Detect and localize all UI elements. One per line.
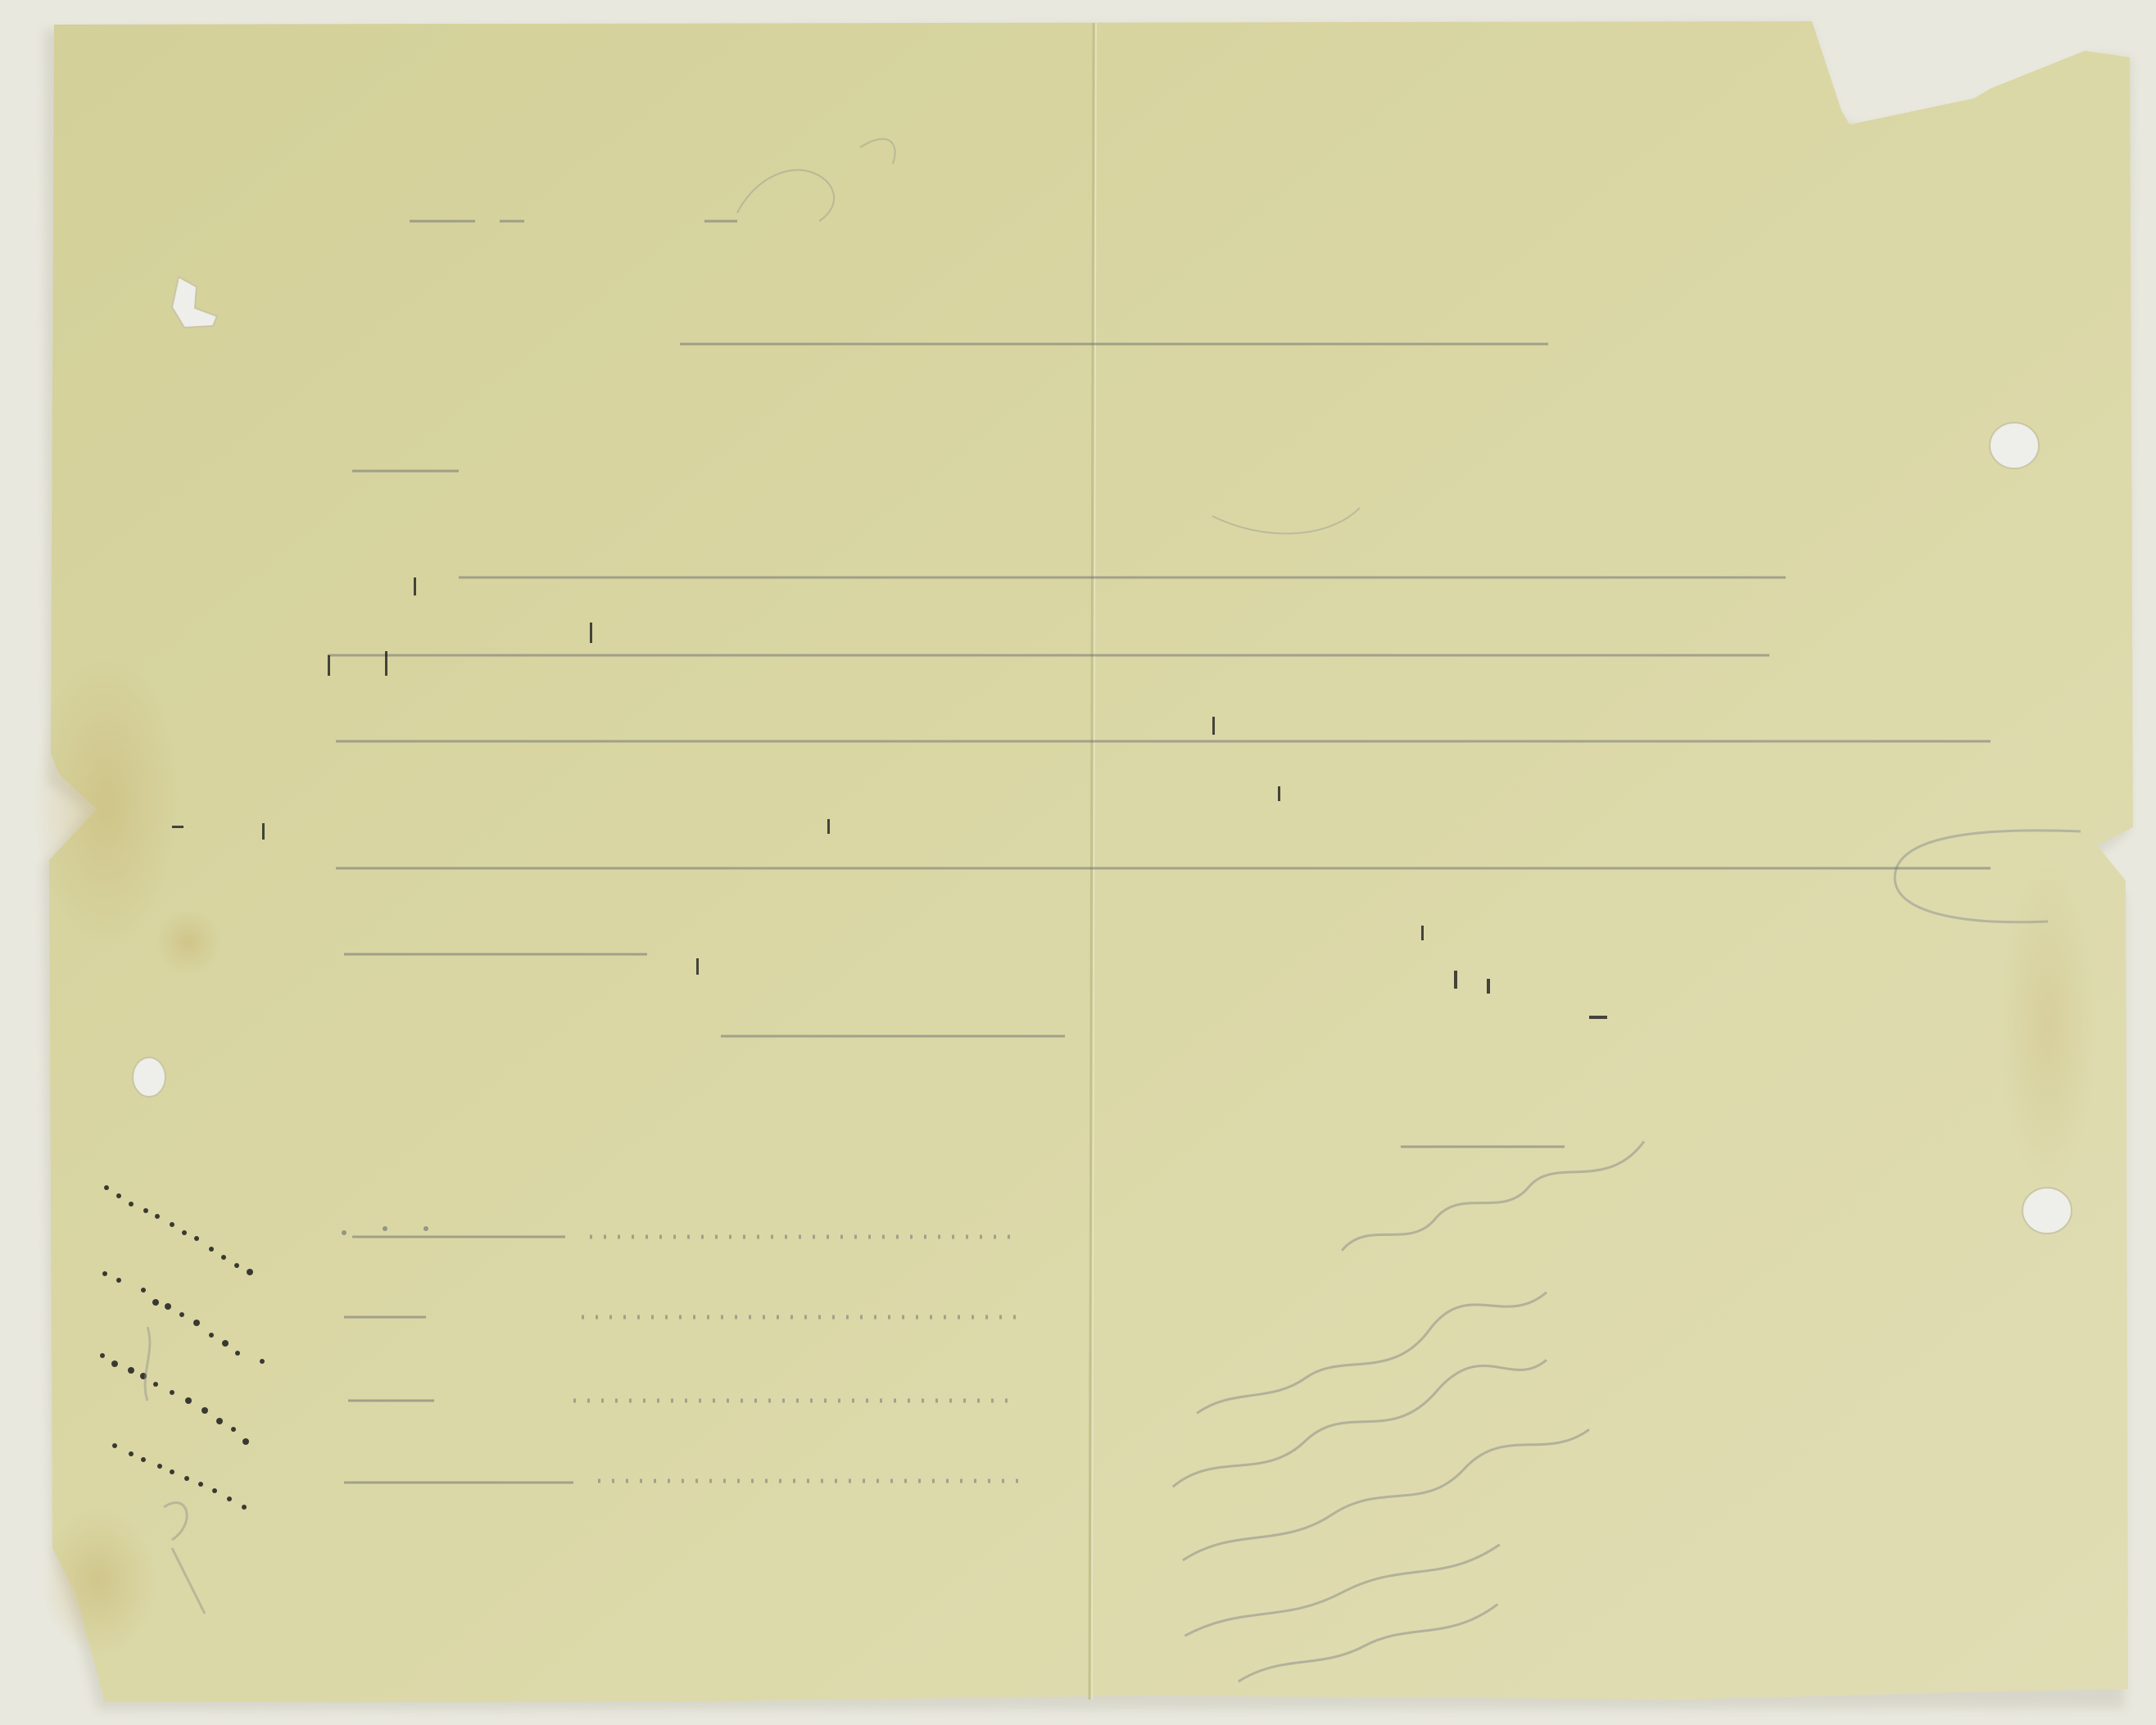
- punch-hole-middle-left: [133, 1057, 165, 1097]
- punch-hole-upper-right: [1990, 423, 2039, 469]
- paper-sheet: [0, 0, 2156, 1725]
- document-scan: scanned archival letter (verso / reverse…: [0, 0, 2156, 1725]
- punch-hole-lower-right: [2022, 1188, 2072, 1234]
